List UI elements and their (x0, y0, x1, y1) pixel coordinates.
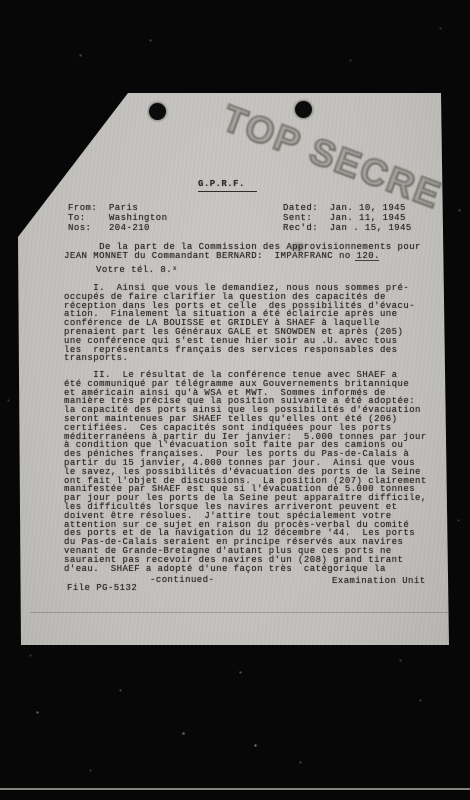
paragraph-2: II. Le résultat de la conférence tenue a… (64, 371, 427, 573)
film-edge-line (0, 788, 470, 790)
continued-marker: -continued- (150, 576, 214, 585)
film-dust-specks (0, 0, 1, 1)
file-number: File PG-5132 (67, 584, 137, 593)
punch-hole-right (295, 101, 312, 118)
routing-block: From: Paris To: Washington Nos: 204-210 (68, 203, 167, 233)
telegram-number-underline (355, 260, 379, 261)
document-title: G.P.R.F. (198, 179, 257, 192)
microfilm-frame: TOP SECRET G.P.R.F. From: Paris To: Wash… (0, 0, 470, 800)
punch-hole-left (149, 103, 166, 120)
address-paragraph: De la part de la Commission des Approvis… (64, 243, 421, 261)
document-page: TOP SECRET G.P.R.F. From: Paris To: Wash… (0, 0, 470, 800)
examination-unit-label: Examination Unit (332, 577, 426, 586)
reference-line: Votre tél. 8.ˣ (96, 266, 178, 275)
dates-block: Dated: Jan. 10, 1945 Sent: Jan. 11, 1945… (283, 203, 412, 233)
fold-line (30, 612, 448, 613)
paragraph-1: I. Ainsi que vous le demandiez, nous nou… (64, 284, 415, 363)
